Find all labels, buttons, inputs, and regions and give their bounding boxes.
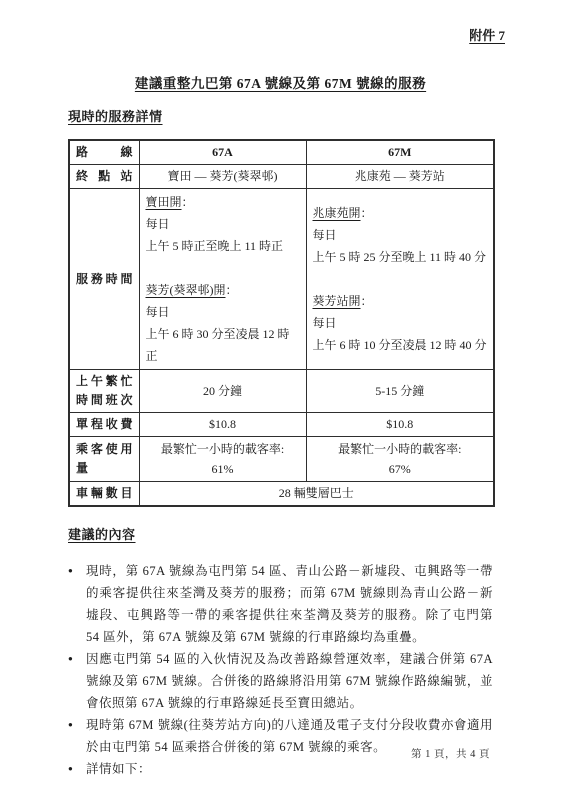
hours-67a: 寶田開： 每日 上午 5 時正至晚上 11 時正 葵芳(葵翠邨)開： 每日 上午… [139, 189, 306, 370]
hours-line: 每日 [146, 301, 300, 323]
table-row-route: 路線 67A 67M [69, 140, 494, 165]
table-row-terminus: 終點站 寶田 — 葵芳(葵翠邨) 兆康苑 — 葵芳站 [69, 165, 494, 189]
appendix-row: 附件 7 [68, 26, 505, 46]
route-67a-header: 67A [139, 140, 306, 165]
hours-line: 上午 5 時 25 分至晚上 11 時 40 分 [313, 246, 488, 268]
row-label-patronage: 乘客使用量 [69, 437, 139, 482]
table-row-fleet: 車輛數目 28 輛雙層巴士 [69, 482, 494, 507]
hours-line: 寶田開： [146, 191, 300, 213]
bullet-icon: ● [68, 560, 86, 648]
bullet-icon: ● [68, 648, 86, 714]
bullet-icon: ● [68, 714, 86, 758]
bullet-text: 現時，第 67A 號線為屯門第 54 區、青山公路－新墟段、屯興路等一帶的乘客提… [86, 560, 493, 648]
terminus-67a: 寶田 — 葵芳(葵翠邨) [139, 165, 306, 189]
terminus-67m: 兆康苑 — 葵芳站 [306, 165, 494, 189]
bullet-text: 因應屯門第 54 區的入伙情況及為改善路線營運效率，建議合併第 67A 號線及第… [86, 648, 493, 714]
table-row-hours: 服務時間 寶田開： 每日 上午 5 時正至晚上 11 時正 葵芳(葵翠邨)開： … [69, 189, 494, 370]
row-label-fare: 單程收費 [69, 413, 139, 437]
document-page: 附件 7 建議重整九巴第 67A 號線及第 67M 號線的服務 現時的服務詳情 … [0, 0, 566, 800]
hours-line: 上午 6 時 30 分至凌晨 12 時正 [146, 323, 300, 367]
table-row-headway: 上午繁忙時間班次 20 分鐘 5-15 分鐘 [69, 370, 494, 413]
hours-line: 葵芳(葵翠邨)開： [146, 279, 300, 301]
hours-gap [146, 257, 300, 279]
patronage-67m: 最繁忙一小時的載客率: 67% [306, 437, 494, 482]
patronage-caption: 最繁忙一小時的載客率: [146, 439, 300, 459]
row-label-fleet: 車輛數目 [69, 482, 139, 507]
patronage-value: 61% [146, 459, 300, 479]
patronage-caption: 最繁忙一小時的載客率: [313, 439, 488, 459]
row-label-headway: 上午繁忙時間班次 [69, 370, 139, 413]
hours-line: 每日 [313, 224, 488, 246]
section-heading-proposal: 建議的內容 [68, 525, 493, 545]
headway-67m: 5-15 分鐘 [306, 370, 494, 413]
bullet-text: 詳情如下： [86, 758, 493, 780]
table-row-patronage: 乘客使用量 最繁忙一小時的載客率: 61% 最繁忙一小時的載客率: 67% [69, 437, 494, 482]
patronage-67a: 最繁忙一小時的載客率: 61% [139, 437, 306, 482]
row-label-route: 路線 [69, 140, 139, 165]
appendix-label: 附件 7 [469, 28, 505, 43]
headway-67a: 20 分鐘 [139, 370, 306, 413]
row-label-hours: 服務時間 [69, 189, 139, 370]
table-row-fare: 單程收費 $10.8 $10.8 [69, 413, 494, 437]
row-label-terminus: 終點站 [69, 165, 139, 189]
bullet-icon: ● [68, 758, 86, 780]
page-number: 第 1 頁，共 4 頁 [411, 746, 490, 761]
fare-67a: $10.8 [139, 413, 306, 437]
fare-67m: $10.8 [306, 413, 494, 437]
list-item: ● 因應屯門第 54 區的入伙情況及為改善路線營運效率，建議合併第 67A 號線… [68, 648, 493, 714]
route-67m-header: 67M [306, 140, 494, 165]
patronage-value: 67% [313, 459, 488, 479]
hours-line: 上午 6 時 10 分至凌晨 12 時 40 分 [313, 334, 488, 356]
hours-line: 兆康苑開： [313, 202, 488, 224]
hours-line: 上午 5 時正至晚上 11 時正 [146, 235, 300, 257]
fleet-value: 28 輛雙層巴士 [139, 482, 494, 507]
hours-line: 每日 [313, 312, 488, 334]
hours-67m: 兆康苑開： 每日 上午 5 時 25 分至晚上 11 時 40 分 葵芳站開： … [306, 189, 494, 370]
hours-line: 葵芳站開： [313, 290, 488, 312]
hours-line: 每日 [146, 213, 300, 235]
service-details-table: 路線 67A 67M 終點站 寶田 — 葵芳(葵翠邨) 兆康苑 — 葵芳站 服務… [68, 139, 495, 507]
page-title: 建議重整九巴第 67A 號線及第 67M 號線的服務 [68, 74, 493, 94]
list-item: ● 現時，第 67A 號線為屯門第 54 區、青山公路－新墟段、屯興路等一帶的乘… [68, 560, 493, 648]
hours-gap [313, 268, 488, 290]
list-item: ● 詳情如下： [68, 758, 493, 780]
section-heading-current-service: 現時的服務詳情 [68, 107, 493, 127]
